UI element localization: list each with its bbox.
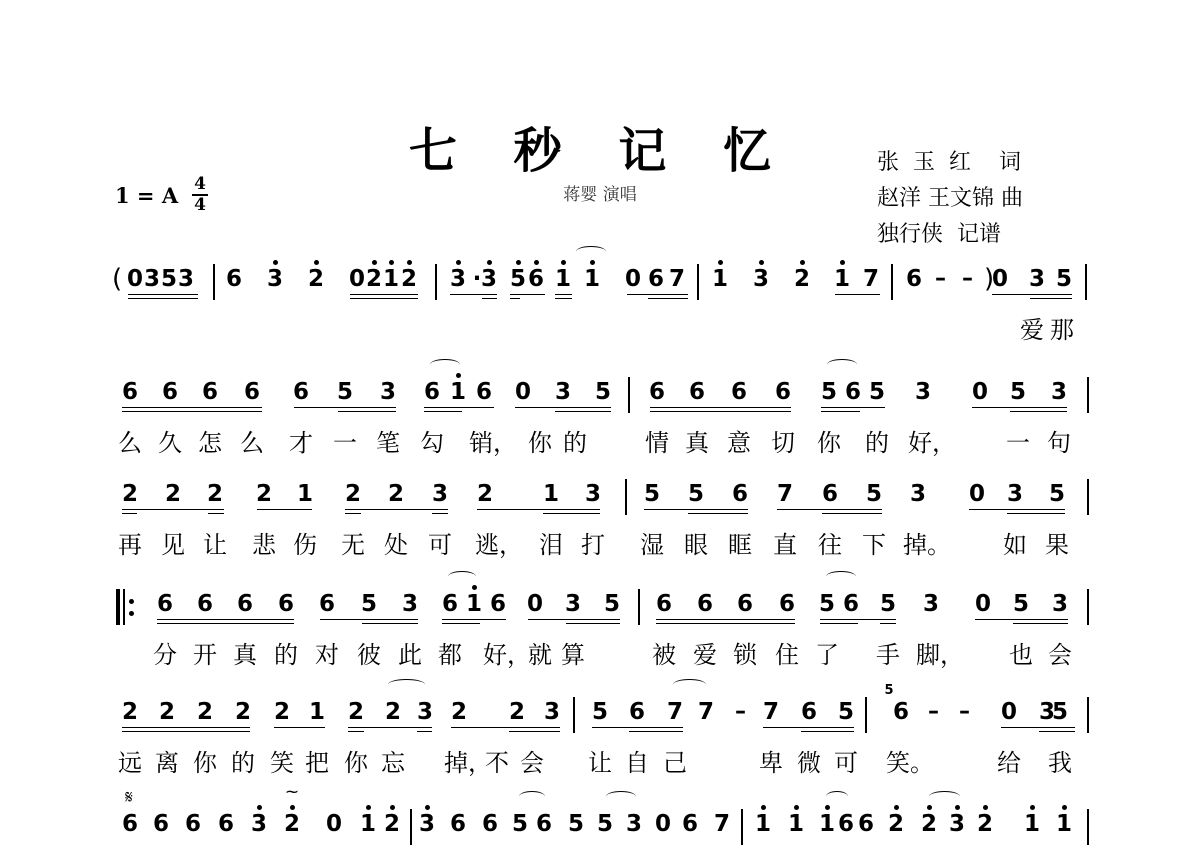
underline bbox=[543, 513, 600, 514]
high-octave-dot bbox=[1030, 805, 1035, 810]
note: 2 bbox=[204, 481, 226, 507]
lyric: 开 bbox=[190, 635, 220, 670]
note: 6 bbox=[533, 811, 555, 837]
note: 6 bbox=[855, 811, 877, 837]
note: 3 bbox=[750, 266, 772, 292]
note: 6 bbox=[798, 699, 820, 725]
underline bbox=[975, 619, 1068, 620]
high-octave-dot bbox=[425, 805, 430, 810]
lyric: 的 bbox=[862, 423, 892, 458]
high-octave-dot bbox=[534, 260, 539, 265]
dash: – bbox=[959, 699, 970, 724]
note: 3 bbox=[552, 379, 574, 405]
note: 2 bbox=[381, 811, 403, 837]
note: 3 bbox=[582, 481, 604, 507]
note: 2 bbox=[791, 266, 813, 292]
note: 6 bbox=[890, 699, 912, 725]
lyric: 自 bbox=[622, 743, 652, 778]
mordent-icon: ⁓ bbox=[281, 785, 303, 799]
underline bbox=[482, 298, 497, 299]
lyric: 让 bbox=[200, 525, 230, 560]
note: 6 bbox=[835, 811, 857, 837]
note: 3 bbox=[264, 266, 286, 292]
lyric: 掉。 bbox=[903, 525, 933, 560]
lyric: 掉， bbox=[444, 743, 474, 778]
note: 1 bbox=[552, 266, 574, 292]
underline bbox=[442, 619, 506, 620]
underline bbox=[1001, 727, 1075, 728]
lyric: 此 bbox=[395, 635, 425, 670]
note: 6 bbox=[473, 379, 495, 405]
underline bbox=[763, 727, 854, 728]
note: 6 bbox=[645, 266, 667, 292]
underline bbox=[208, 513, 224, 514]
high-octave-dot bbox=[456, 260, 461, 265]
note: 2 bbox=[342, 481, 364, 507]
barline bbox=[1087, 809, 1089, 845]
note: 5 bbox=[334, 379, 356, 405]
slur bbox=[388, 679, 425, 690]
high-octave-dot bbox=[927, 805, 932, 810]
lyric: 伤 bbox=[290, 525, 320, 560]
note: 2 bbox=[474, 481, 496, 507]
note: 1 bbox=[306, 699, 328, 725]
note: 3 bbox=[920, 591, 942, 617]
repeat-dot bbox=[129, 611, 134, 616]
underline bbox=[820, 619, 896, 620]
dash: – bbox=[735, 699, 746, 724]
note: 2 bbox=[119, 699, 141, 725]
underline bbox=[122, 513, 137, 514]
slur bbox=[576, 246, 606, 257]
underline bbox=[362, 623, 418, 624]
underline bbox=[835, 294, 880, 295]
note: 5 bbox=[877, 591, 899, 617]
lyric: 的 bbox=[228, 743, 258, 778]
lyric: 句 bbox=[1044, 423, 1074, 458]
note: 6 bbox=[316, 591, 338, 617]
note: 6 bbox=[119, 379, 141, 405]
note: 7 bbox=[760, 699, 782, 725]
repeat-start-thick bbox=[116, 589, 120, 625]
note: 1 bbox=[463, 591, 485, 617]
high-octave-dot bbox=[389, 260, 394, 265]
high-octave-dot bbox=[590, 260, 595, 265]
underline bbox=[820, 623, 858, 624]
high-octave-dot bbox=[800, 260, 805, 265]
note: 0 bbox=[969, 379, 991, 405]
note: 6 bbox=[447, 811, 469, 837]
underline bbox=[122, 731, 250, 732]
note: 5 bbox=[641, 481, 663, 507]
slur bbox=[826, 571, 856, 582]
underline bbox=[432, 513, 448, 514]
underline bbox=[510, 298, 520, 299]
lyric: 的 bbox=[560, 423, 590, 458]
note: 6 bbox=[159, 379, 181, 405]
barline bbox=[573, 697, 575, 733]
underline bbox=[629, 731, 683, 732]
underline bbox=[338, 411, 396, 412]
lyric: 一 bbox=[330, 423, 360, 458]
lyric: 算 bbox=[558, 635, 588, 670]
barline bbox=[741, 809, 743, 845]
lyric: 勾 bbox=[417, 423, 447, 458]
underline bbox=[650, 411, 791, 412]
note: 1 bbox=[752, 811, 774, 837]
underline bbox=[777, 509, 882, 510]
underline bbox=[157, 623, 294, 624]
note: 6 bbox=[241, 379, 263, 405]
underline bbox=[627, 294, 688, 295]
note: 6 bbox=[525, 266, 547, 292]
slur bbox=[826, 791, 848, 802]
high-octave-dot bbox=[456, 373, 461, 378]
lyric: 彼 bbox=[354, 635, 384, 670]
lyric: 可 bbox=[831, 743, 861, 778]
repeat-start-thin bbox=[123, 589, 125, 625]
lyric: 么 bbox=[115, 423, 145, 458]
underline bbox=[969, 509, 1065, 510]
note: 2 bbox=[156, 699, 178, 725]
note: 2 bbox=[382, 699, 404, 725]
lyric: 爱 bbox=[1017, 310, 1047, 345]
barline bbox=[410, 809, 412, 845]
underline bbox=[345, 509, 448, 510]
note: 6 bbox=[772, 379, 794, 405]
lyric: 我 bbox=[1045, 743, 1075, 778]
high-octave-dot bbox=[794, 805, 799, 810]
note: 7 bbox=[664, 699, 686, 725]
lyric: 锁 bbox=[730, 635, 760, 670]
note: 3 bbox=[377, 379, 399, 405]
note: 6 bbox=[819, 481, 841, 507]
time-signature: 4 4 bbox=[190, 176, 210, 214]
lyric: 就 bbox=[525, 635, 555, 670]
note: 3 bbox=[1049, 591, 1071, 617]
note: 6 bbox=[119, 811, 141, 837]
slur bbox=[430, 359, 460, 370]
high-octave-dot bbox=[761, 805, 766, 810]
high-octave-dot bbox=[257, 805, 262, 810]
note: 2 bbox=[119, 481, 141, 507]
note: 3 bbox=[541, 699, 563, 725]
lyric: 悲 bbox=[249, 525, 279, 560]
note: 7 bbox=[774, 481, 796, 507]
underline bbox=[424, 407, 494, 408]
underline bbox=[880, 623, 896, 624]
slur bbox=[519, 791, 545, 802]
high-octave-dot bbox=[273, 260, 278, 265]
high-octave-dot bbox=[390, 805, 395, 810]
underline bbox=[122, 407, 262, 408]
lyric: 你 bbox=[814, 423, 844, 458]
note: 6 bbox=[694, 591, 716, 617]
underline bbox=[822, 513, 882, 514]
note: 1 bbox=[447, 379, 469, 405]
lyric: 不 bbox=[482, 743, 512, 778]
barline bbox=[865, 697, 867, 733]
underline bbox=[157, 619, 294, 620]
note: 0 bbox=[652, 811, 674, 837]
lyric: 好， bbox=[483, 635, 513, 670]
note: 0 bbox=[966, 481, 988, 507]
note: 5 bbox=[509, 811, 531, 837]
note: 5 bbox=[592, 379, 614, 405]
dash: – bbox=[962, 266, 973, 291]
lyric: 下 bbox=[859, 525, 889, 560]
lyric: 逃， bbox=[475, 525, 505, 560]
note: 6 bbox=[194, 591, 216, 617]
barline bbox=[1087, 377, 1089, 413]
note: 1 bbox=[1053, 811, 1075, 837]
note: 6 bbox=[487, 591, 509, 617]
lyric: 往 bbox=[815, 525, 845, 560]
note: 3 bbox=[414, 699, 436, 725]
note: 5 bbox=[601, 591, 623, 617]
note: 0 bbox=[972, 591, 994, 617]
lyric: 爱 bbox=[690, 635, 720, 670]
lyric: 笑。 bbox=[886, 743, 916, 778]
underline bbox=[688, 513, 748, 514]
lyric: 给 bbox=[994, 743, 1024, 778]
dash: – bbox=[935, 266, 946, 291]
underline bbox=[515, 407, 611, 408]
note: 6 bbox=[653, 591, 675, 617]
lyric: 你 bbox=[525, 423, 555, 458]
underline bbox=[555, 298, 572, 299]
underline bbox=[648, 298, 688, 299]
lyric: 才 bbox=[286, 423, 316, 458]
note: 5 bbox=[818, 379, 840, 405]
lyric: 直 bbox=[770, 525, 800, 560]
underline bbox=[644, 509, 748, 510]
note: 7 bbox=[860, 266, 882, 292]
note: 5 bbox=[565, 811, 587, 837]
lyric: 怎 bbox=[195, 423, 225, 458]
lyric: 切 bbox=[768, 423, 798, 458]
lyric: 卑 bbox=[756, 743, 786, 778]
lyric: 分 bbox=[150, 635, 180, 670]
underline bbox=[528, 619, 620, 620]
high-octave-dot bbox=[472, 585, 477, 590]
underline bbox=[801, 731, 854, 732]
note: 0 bbox=[512, 379, 534, 405]
lyric: 把 bbox=[302, 743, 332, 778]
underline bbox=[477, 509, 600, 510]
note: 0 bbox=[989, 266, 1011, 292]
lyric: 也 bbox=[1006, 635, 1036, 670]
note: 5 bbox=[1046, 481, 1068, 507]
note: 5 bbox=[589, 699, 611, 725]
note: 1 bbox=[709, 266, 731, 292]
lyric: 都 bbox=[435, 635, 465, 670]
note: 6 bbox=[646, 379, 668, 405]
underline bbox=[510, 294, 545, 295]
repeat-dot bbox=[129, 599, 134, 604]
note: 5 bbox=[863, 481, 885, 507]
note: 3 bbox=[907, 481, 929, 507]
lyric: 对 bbox=[312, 635, 342, 670]
lyric: 么 bbox=[237, 423, 267, 458]
underline bbox=[509, 731, 560, 732]
note: 5 bbox=[685, 481, 707, 507]
high-octave-dot bbox=[1062, 805, 1067, 810]
lyric: 眶 bbox=[725, 525, 755, 560]
lyric: 了 bbox=[812, 635, 842, 670]
underline bbox=[122, 411, 262, 412]
lyric: 微 bbox=[794, 743, 824, 778]
underline bbox=[451, 727, 560, 728]
time-signature-top: 4 bbox=[190, 176, 210, 193]
barline bbox=[625, 479, 627, 515]
lyric: 你 bbox=[190, 743, 220, 778]
barline bbox=[1087, 479, 1089, 515]
barline bbox=[1085, 264, 1087, 300]
lyric: 如 bbox=[1000, 525, 1030, 560]
underline bbox=[294, 407, 396, 408]
underline bbox=[122, 509, 224, 510]
lyric: 意 bbox=[724, 423, 754, 458]
grace-note: 5 bbox=[883, 683, 895, 698]
note: 5 bbox=[816, 591, 838, 617]
note: 2 bbox=[345, 699, 367, 725]
note: 2 bbox=[305, 266, 327, 292]
high-octave-dot bbox=[314, 260, 319, 265]
note: 6 bbox=[734, 591, 756, 617]
underline bbox=[348, 731, 364, 732]
note: 2 bbox=[281, 811, 303, 837]
high-octave-dot bbox=[894, 805, 899, 810]
note: 6 bbox=[729, 481, 751, 507]
lyric: 住 bbox=[772, 635, 802, 670]
note: 5 bbox=[1010, 591, 1032, 617]
lyric: 打 bbox=[578, 525, 608, 560]
note: 6 bbox=[215, 811, 237, 837]
lyric: 会 bbox=[1045, 635, 1075, 670]
note: 2 bbox=[885, 811, 907, 837]
key-signature: 1 = A bbox=[115, 183, 178, 208]
underline bbox=[656, 623, 795, 624]
note: 6 bbox=[903, 266, 925, 292]
note: 0 bbox=[323, 811, 345, 837]
underline bbox=[555, 411, 611, 412]
lyric: 销， bbox=[469, 423, 499, 458]
underline bbox=[417, 731, 432, 732]
barline bbox=[1087, 697, 1089, 733]
barline bbox=[638, 589, 640, 625]
slur bbox=[448, 571, 476, 582]
note: 3 bbox=[416, 811, 438, 837]
lyric: 会 bbox=[517, 743, 547, 778]
note: 0 bbox=[998, 699, 1020, 725]
barline bbox=[213, 264, 215, 300]
note: 6 bbox=[290, 379, 312, 405]
high-octave-dot bbox=[561, 260, 566, 265]
note: 3 bbox=[1004, 481, 1026, 507]
dash: – bbox=[928, 699, 939, 724]
high-octave-dot bbox=[825, 805, 830, 810]
note: 6 bbox=[842, 379, 864, 405]
underline bbox=[1007, 513, 1065, 514]
note: 2 bbox=[385, 481, 407, 507]
underline bbox=[128, 294, 198, 295]
note: 6 bbox=[679, 811, 701, 837]
high-octave-dot bbox=[372, 260, 377, 265]
lyric: 己 bbox=[660, 743, 690, 778]
note: 3 bbox=[429, 481, 451, 507]
lyric: 离 bbox=[152, 743, 182, 778]
note: 3 bbox=[478, 266, 500, 292]
lyric: 果 bbox=[1042, 525, 1072, 560]
underline bbox=[992, 294, 1072, 295]
underline bbox=[257, 509, 312, 510]
high-octave-dot bbox=[516, 260, 521, 265]
underline bbox=[821, 407, 885, 408]
segno-icon: 𝄋 bbox=[118, 787, 140, 808]
lyric: 手 bbox=[873, 635, 903, 670]
note: 2 bbox=[232, 699, 254, 725]
lyric: 忘 bbox=[378, 743, 408, 778]
lyricist-credit: 张 玉 红 词 bbox=[877, 145, 1023, 181]
note: 1 bbox=[831, 266, 853, 292]
note: 7 bbox=[711, 811, 733, 837]
note: 6 bbox=[686, 379, 708, 405]
barline bbox=[435, 264, 437, 300]
note: 3 bbox=[1048, 379, 1070, 405]
note: 3 bbox=[562, 591, 584, 617]
underline bbox=[122, 727, 250, 728]
high-octave-dot bbox=[718, 260, 723, 265]
note: 5 bbox=[594, 811, 616, 837]
lyric: 脚， bbox=[916, 635, 946, 670]
underline bbox=[1030, 298, 1072, 299]
note: 5 bbox=[835, 699, 857, 725]
note: 6 bbox=[150, 811, 172, 837]
note: 2 bbox=[448, 699, 470, 725]
barline bbox=[1087, 589, 1089, 625]
note: 5 bbox=[1049, 699, 1071, 725]
note: 2 bbox=[974, 811, 996, 837]
underline bbox=[274, 727, 325, 728]
underline bbox=[1013, 623, 1068, 624]
note: 3 bbox=[248, 811, 270, 837]
paren-open: ( bbox=[112, 264, 122, 294]
note: 5 bbox=[866, 379, 888, 405]
note: 6 bbox=[182, 811, 204, 837]
underline bbox=[424, 411, 462, 412]
underline bbox=[348, 727, 432, 728]
note: 0 bbox=[524, 591, 546, 617]
time-signature-bottom: 4 bbox=[190, 197, 210, 214]
underline bbox=[592, 727, 683, 728]
underline bbox=[450, 294, 497, 295]
lyric: 见 bbox=[158, 525, 188, 560]
note: 6 bbox=[223, 266, 245, 292]
note: 5 bbox=[1053, 266, 1075, 292]
underline bbox=[345, 513, 361, 514]
composer-credit: 赵洋 王文锦 曲 bbox=[877, 181, 1023, 217]
lyric: 好， bbox=[908, 423, 938, 458]
note: 2 bbox=[162, 481, 184, 507]
underline bbox=[821, 411, 860, 412]
note: 1 bbox=[1021, 811, 1043, 837]
underline bbox=[442, 623, 480, 624]
note: 2 bbox=[271, 699, 293, 725]
underline bbox=[128, 298, 198, 299]
underline bbox=[1010, 411, 1067, 412]
underline bbox=[350, 298, 418, 299]
